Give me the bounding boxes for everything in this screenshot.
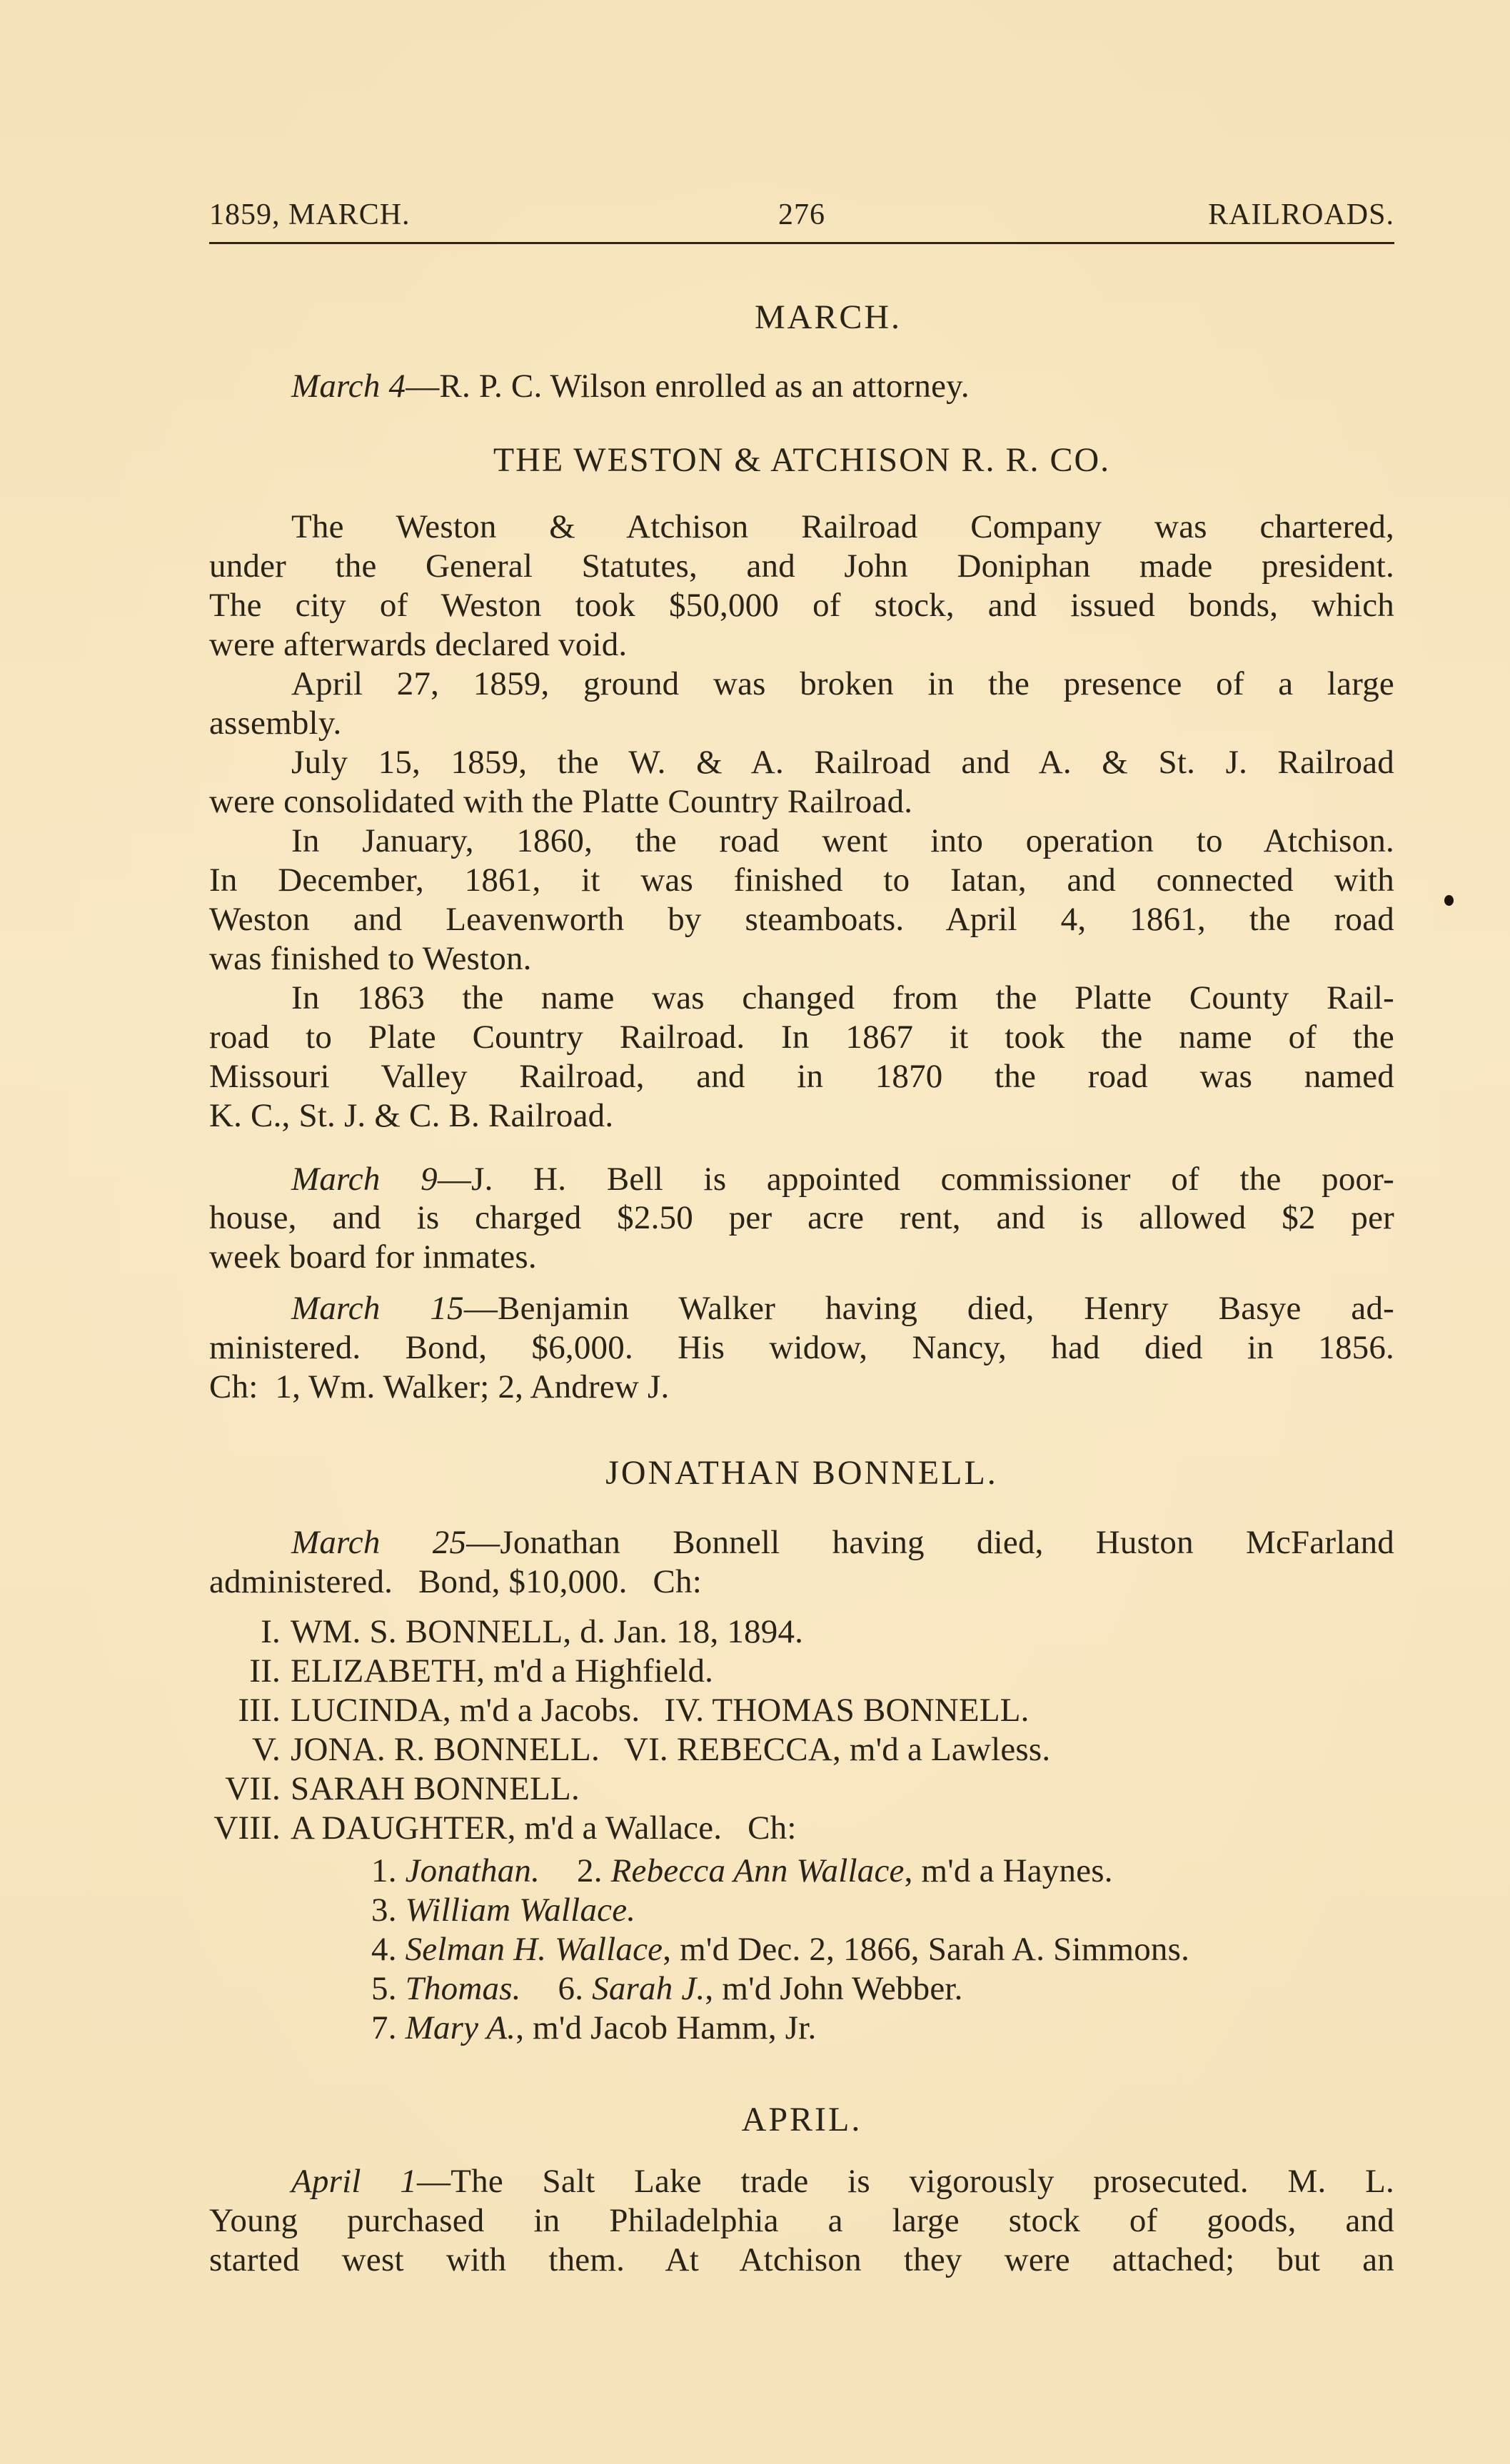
paragraph-line: road to Plate Country Railroad. In 1867 … (209, 1021, 1394, 1055)
section-heading-bonnell: JONATHAN BONNELL. (209, 1456, 1394, 1490)
entry-date: March 4 (291, 368, 406, 405)
paragraph-line: The city of Weston took $50,000 of stock… (209, 589, 1394, 623)
header-right: RAILROADS. (1208, 200, 1394, 230)
paragraph-line: was finished to Weston. (209, 942, 1394, 976)
child-list-item: III.LUCINDA, m'd a Jacobs.IV. THOMAS BON… (209, 1694, 1394, 1727)
roman-numeral: IV. (664, 1692, 704, 1729)
child-list-item: II.ELIZABETH, m'd a Highfield. (209, 1655, 1394, 1688)
entry-date: March 15 (291, 1290, 464, 1327)
roman-numeral: I. (209, 1615, 281, 1649)
paragraph-line: K. C., St. J. & C. B. Railroad. (209, 1099, 1394, 1133)
grandchild-list-item: 7. Mary A., m'd Jacob Hamm, Jr. (371, 2011, 1399, 2045)
paragraph-line: assembly. (209, 707, 1394, 740)
paragraph-line: week board for inmates. (209, 1241, 1394, 1274)
paragraph-line: Weston and Leavenworth by steamboats. Ap… (209, 903, 1394, 937)
paragraph-line: Young purchased in Philadelphia a large … (209, 2204, 1394, 2238)
entry-march-4: March 4—R. P. C. Wilson enrolled as an a… (209, 370, 1394, 403)
roman-numeral: II. (209, 1655, 281, 1688)
roman-numeral: VI. (624, 1731, 668, 1768)
entry-march-15: March 15—Benjamin Walker having died, He… (209, 1292, 1394, 1326)
header-rule (209, 242, 1394, 244)
paragraph-line: April 27, 1859, ground was broken in the… (209, 667, 1394, 702)
paragraph-line: administered. Bond, $10,000. Ch: (209, 1565, 1394, 1599)
child-list-item: VIII.A DAUGHTER, m'd a Wallace. Ch: (209, 1812, 1394, 1845)
section-heading-march: MARCH. (236, 301, 1421, 335)
section-heading-april: APRIL. (209, 2103, 1394, 2137)
paragraph-line: house, and is charged $2.50 per acre ren… (209, 1201, 1394, 1236)
roman-numeral: VII. (209, 1772, 281, 1806)
entry-date: April 1 (291, 2163, 417, 2200)
roman-numeral: V. (209, 1733, 281, 1767)
grandchild-list-item: 4. Selman H. Wallace, m'd Dec. 2, 1866, … (371, 1933, 1399, 1966)
entry-april-1: April 1—The Salt Lake trade is vigorousl… (209, 2165, 1394, 2199)
child-list-item: V.JONA. R. BONNELL.VI. REBECCA, m'd a La… (209, 1733, 1394, 1767)
roman-numeral: VIII. (209, 1812, 281, 1845)
entry-date: March 9 (291, 1161, 438, 1198)
entry-march-9: March 9—J. H. Bell is appointed commissi… (209, 1163, 1394, 1197)
paragraph-line: under the General Statutes, and John Don… (209, 550, 1394, 584)
grandchild-list-item: 3. William Wallace. (371, 1894, 1399, 1927)
paragraph-line: Missouri Valley Railroad, and in 1870 th… (209, 1060, 1394, 1094)
paragraph-line: In December, 1861, it was finished to Ia… (209, 864, 1394, 898)
paragraph-line: July 15, 1859, the W. & A. Railroad and … (209, 746, 1394, 780)
paragraph-line: The Weston & Atchison Railroad Company w… (209, 510, 1394, 545)
grandchild-list-item: 5. Thomas. 6. Sarah J., m'd John Webber. (371, 1972, 1399, 2006)
child-list-item: I.WM. S. BONNELL, d. Jan. 18, 1894. (209, 1615, 1394, 1649)
entry-march-25: March 25—Jonathan Bonnell having died, H… (209, 1526, 1394, 1560)
paragraph-line: started west with them. At Atchison they… (209, 2243, 1394, 2278)
roman-numeral: III. (209, 1694, 281, 1727)
paragraph-line: In January, 1860, the road went into ope… (209, 824, 1394, 859)
entry-date: March 25 (291, 1524, 466, 1561)
section-heading-weston: THE WESTON & ATCHISON R. R. CO. (209, 443, 1394, 478)
ink-speck (1444, 895, 1454, 906)
paragraph-line: were afterwards declared void. (209, 628, 1394, 662)
grandchild-list-item: 1. Jonathan. 2. Rebecca Ann Wallace, m'd… (371, 1854, 1399, 1888)
paragraph-line: ministered. Bond, $6,000. His widow, Nan… (209, 1331, 1394, 1365)
entry-text: R. P. C. Wilson enrolled as an attorney. (439, 368, 969, 405)
paragraph-line: In 1863 the name was changed from the Pl… (209, 981, 1394, 1016)
paragraph-line: Ch: 1, Wm. Walker; 2, Andrew J. (209, 1370, 1394, 1404)
child-list-item: VII.SARAH BONNELL. (209, 1772, 1394, 1806)
paragraph-line: were consolidated with the Platte Countr… (209, 785, 1394, 819)
